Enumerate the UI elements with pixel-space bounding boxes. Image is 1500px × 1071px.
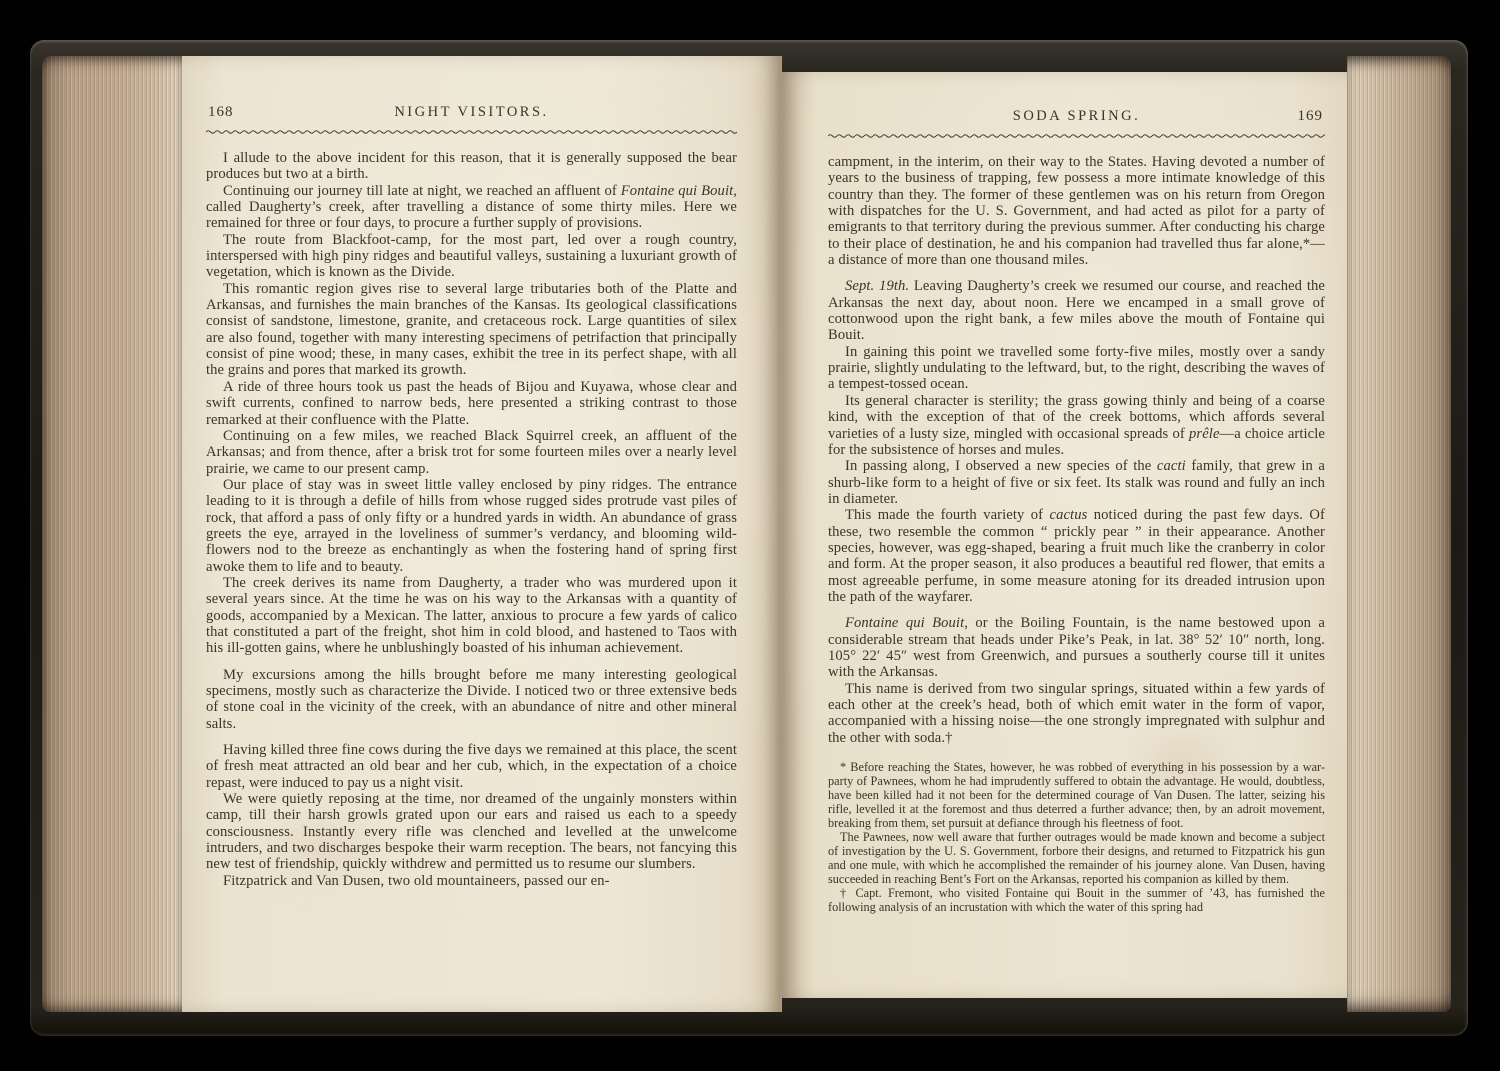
running-head: SODA SPRING. xyxy=(828,108,1325,125)
paragraph: Its general character is sterility; the … xyxy=(828,393,1325,458)
paragraph: I allude to the above incident for this … xyxy=(206,150,737,183)
left-fore-edge-pages xyxy=(42,56,182,1012)
footnote: The Pawnees, now well aware that further… xyxy=(828,830,1325,886)
paragraph: Having killed three fine cows during the… xyxy=(206,742,737,791)
paragraph: This made the fourth variety of cactus n… xyxy=(828,507,1325,605)
book-cover: 168 NIGHT VISITORS. I allude to the abov… xyxy=(30,40,1468,1036)
photo-background: 168 NIGHT VISITORS. I allude to the abov… xyxy=(0,0,1500,1071)
paragraph: This name is derived from two singular s… xyxy=(828,681,1325,746)
paragraph: Continuing on a few miles, we reached Bl… xyxy=(206,428,737,477)
page-169: SODA SPRING. 169 campment, in the interi… xyxy=(782,72,1347,998)
paragraph: Continuing our journey till late at nigh… xyxy=(206,183,737,232)
footnote: * Before reaching the States, however, h… xyxy=(828,760,1325,830)
paragraph: The creek derives its name from Daughert… xyxy=(206,575,737,657)
header-rule xyxy=(828,132,1325,140)
paragraph: In gaining this point we travelled some … xyxy=(828,344,1325,393)
paragraph: Fitzpatrick and Van Dusen, two old mount… xyxy=(206,873,737,889)
page-body: I allude to the above incident for this … xyxy=(206,150,737,889)
running-head: NIGHT VISITORS. xyxy=(206,104,737,121)
page-header-right: SODA SPRING. 169 xyxy=(828,108,1325,129)
header-rule xyxy=(206,128,737,136)
footnotes: * Before reaching the States, however, h… xyxy=(828,760,1325,914)
paragraph: Sept. 19th. Leaving Daugherty’s creek we… xyxy=(828,278,1325,343)
paragraph: A ride of three hours took us past the h… xyxy=(206,379,737,428)
paragraph: The route from Blackfoot-camp, for the m… xyxy=(206,232,737,281)
page-168: 168 NIGHT VISITORS. I allude to the abov… xyxy=(182,56,782,1012)
page-number: 169 xyxy=(1298,108,1324,125)
paragraph: campment, in the interim, on their way t… xyxy=(828,154,1325,268)
page-body: campment, in the interim, on their way t… xyxy=(828,154,1325,746)
paragraph: Our place of stay was in sweet little va… xyxy=(206,477,737,575)
paragraph: In passing along, I observed a new speci… xyxy=(828,458,1325,507)
paragraph: We were quietly reposing at the time, no… xyxy=(206,791,737,873)
paragraph: This romantic region gives rise to sever… xyxy=(206,281,737,379)
page-header-left: 168 NIGHT VISITORS. xyxy=(206,104,737,125)
paragraph: My excursions among the hills brought be… xyxy=(206,667,737,732)
right-fore-edge-pages xyxy=(1347,56,1451,1012)
footnote: † Capt. Fremont, who visited Fontaine qu… xyxy=(828,886,1325,914)
paragraph: Fontaine qui Bouit, or the Boiling Fount… xyxy=(828,615,1325,680)
